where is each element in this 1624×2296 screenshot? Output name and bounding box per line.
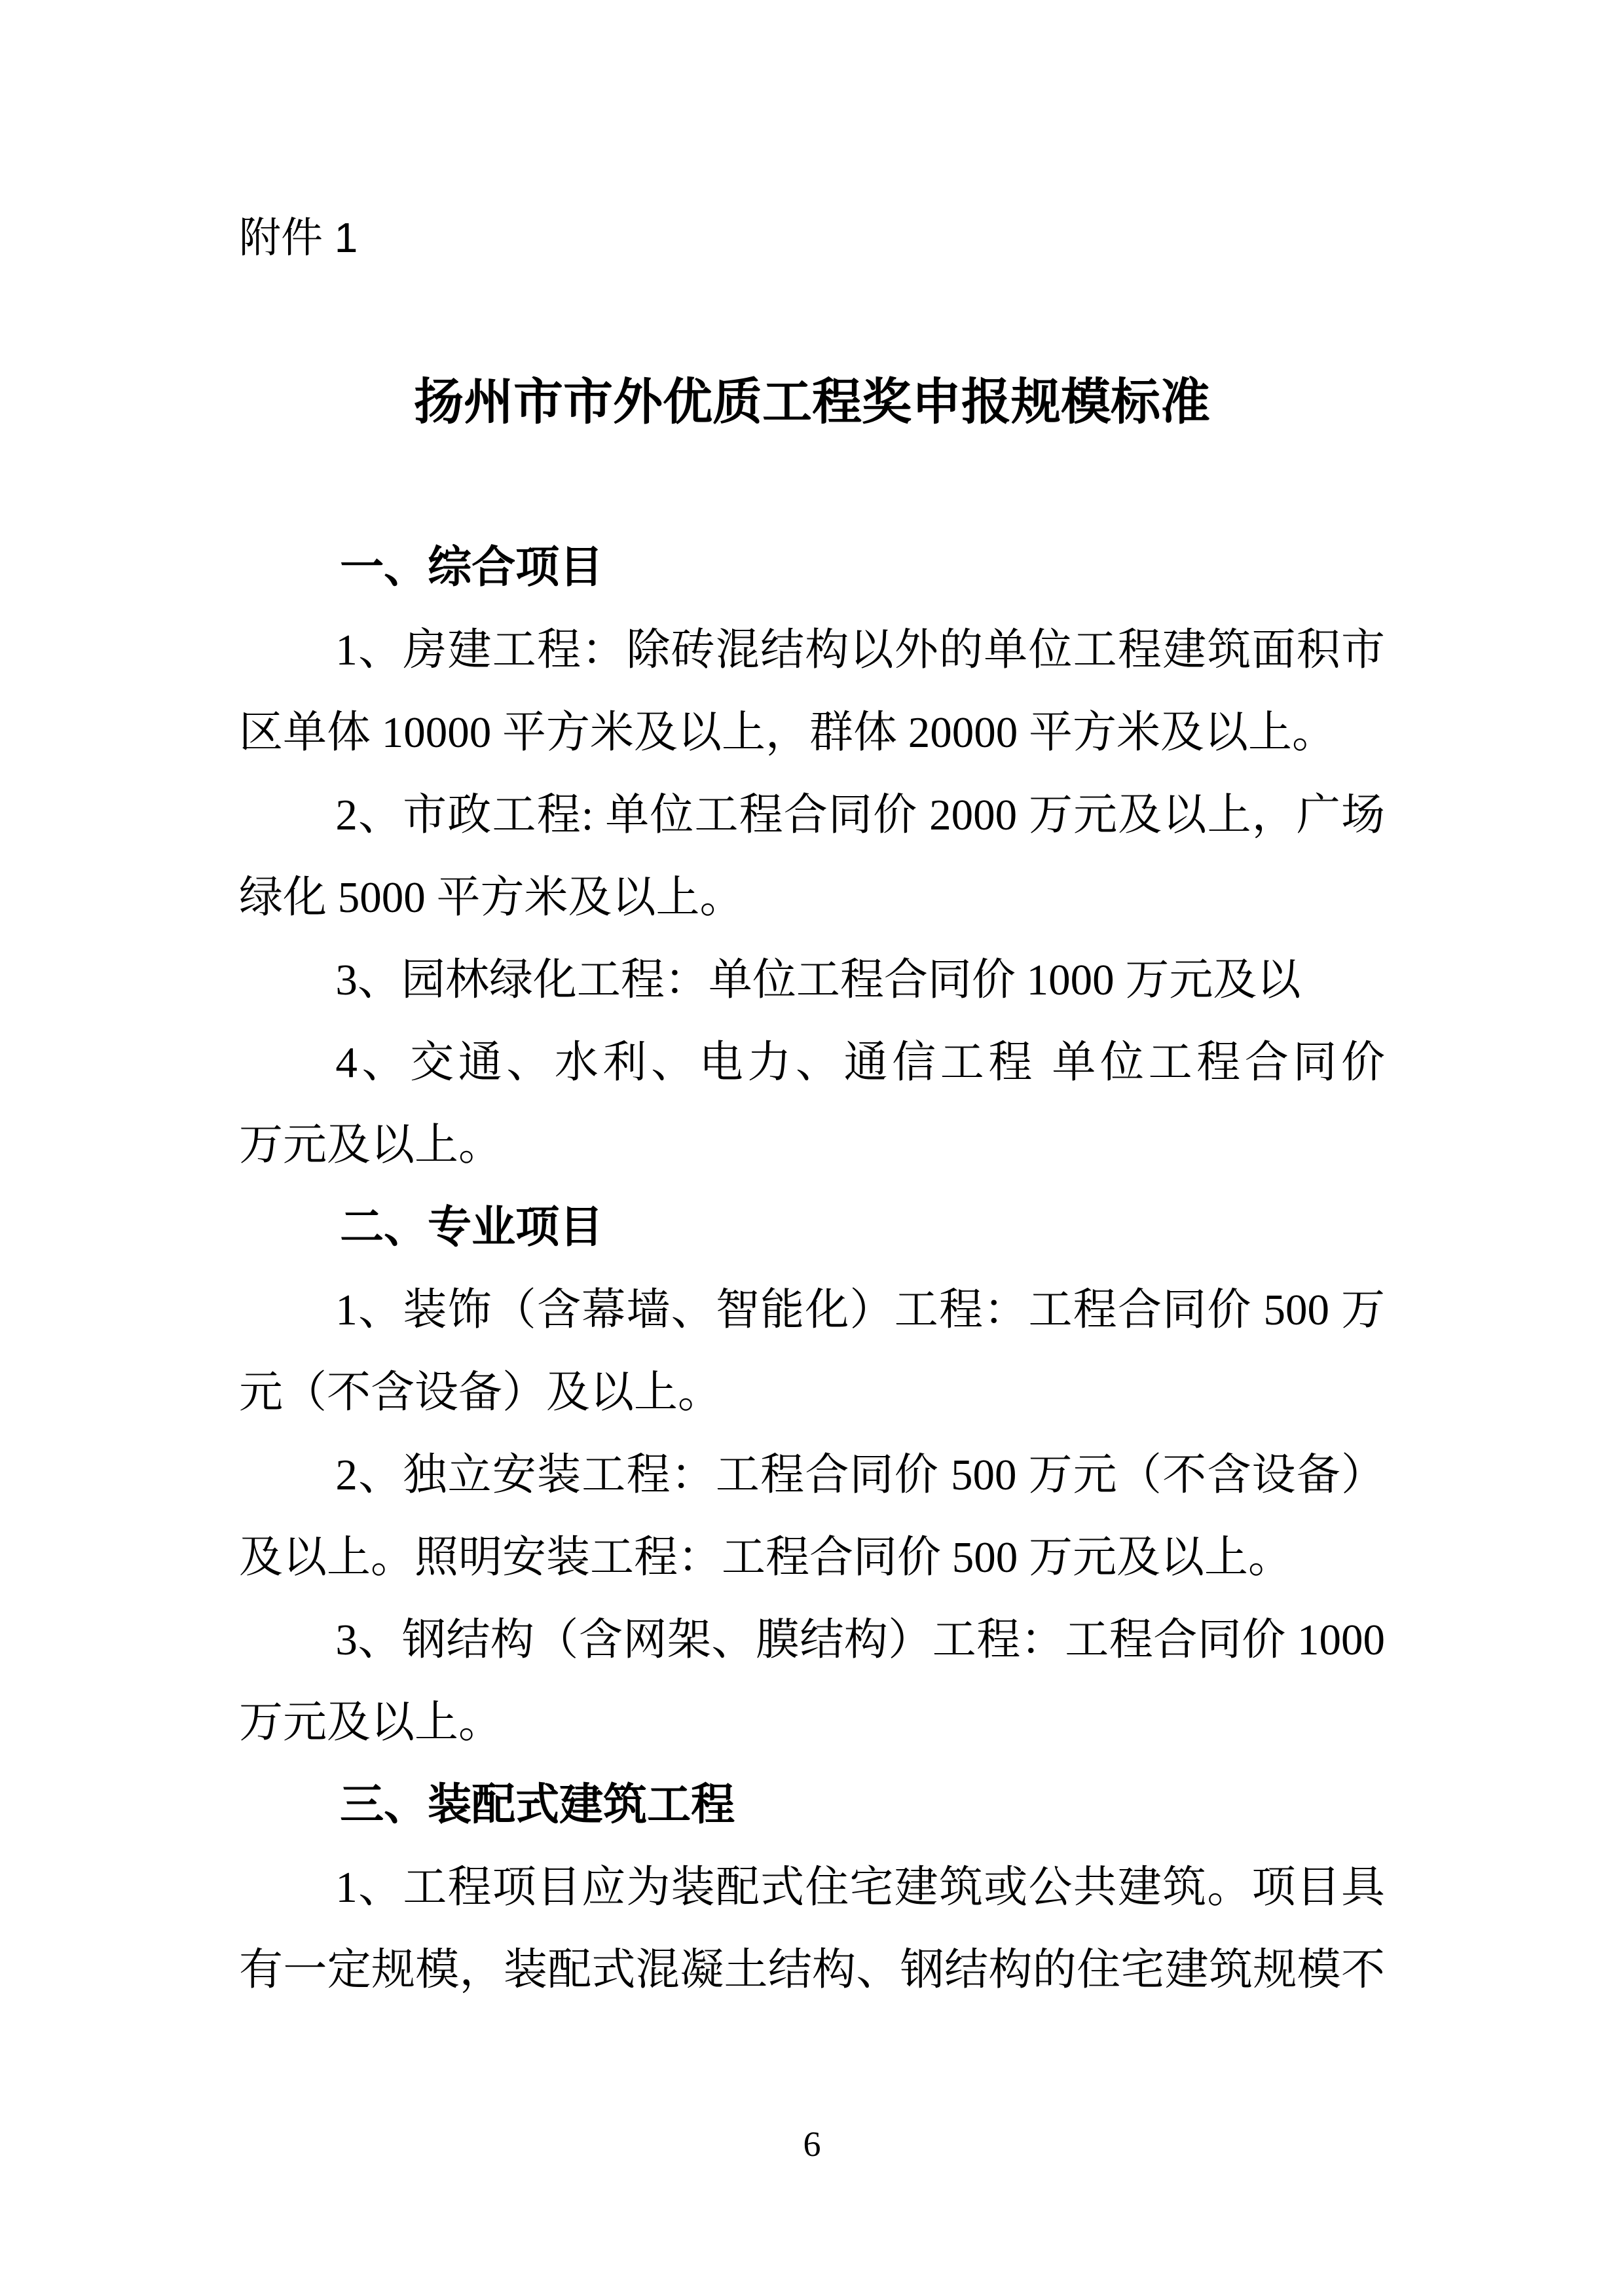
section-3-paragraph-1-line-2: 有一定规模，装配式混凝土结构、钢结构的住宅建筑规模不 xyxy=(239,1929,1385,2011)
section-1-paragraph-1-line-1: 1、房建工程：除砖混结构以外的单位工程建筑面积市 xyxy=(239,609,1385,691)
section-1-paragraph-4-line-1: 4、交通、水利、电力、通信工程 单位工程合同价 2500 xyxy=(239,1021,1385,1104)
section-1-paragraph-4-line-2: 万元及以上。 xyxy=(239,1104,1385,1186)
attachment-label: 附件 1 xyxy=(239,196,1385,279)
section-1-heading: 一、综合项目 xyxy=(239,526,1385,609)
blank-line xyxy=(239,279,1385,361)
document-body: 附件 1 扬州市市外优质工程奖申报规模标准 一、综合项目 1、房建工程：除砖混结… xyxy=(239,196,1385,2011)
section-2-paragraph-1-line-1: 1、装饰（含幕墙、智能化）工程：工程合同价 500 万 xyxy=(239,1269,1385,1351)
section-3-heading: 三、装配式建筑工程 xyxy=(239,1764,1385,1846)
section-3-paragraph-1-line-1: 1、工程项目应为装配式住宅建筑或公共建筑。项目具 xyxy=(239,1846,1385,1929)
section-1-paragraph-2-line-1: 2、市政工程: 单位工程合同价 2000 万元及以上，广场 xyxy=(239,774,1385,856)
section-2-paragraph-2-line-1: 2、独立安装工程：工程合同价 500 万元（不含设备） xyxy=(239,1434,1385,1516)
section-2-paragraph-2-line-2: 及以上。照明安装工程：工程合同价 500 万元及以上。 xyxy=(239,1516,1385,1599)
section-2-paragraph-1-line-2: 元（不含设备）及以上。 xyxy=(239,1351,1385,1434)
section-1-paragraph-2-line-2: 绿化 5000 平方米及以上。 xyxy=(239,856,1385,939)
blank-line xyxy=(239,444,1385,526)
section-1-paragraph-3: 3、园林绿化工程：单位工程合同价 1000 万元及以上。 xyxy=(239,939,1385,1021)
section-2-paragraph-3-line-1: 3、钢结构（含网架、膜结构）工程：工程合同价 1000 xyxy=(239,1599,1385,1681)
document-page: 附件 1 扬州市市外优质工程奖申报规模标准 一、综合项目 1、房建工程：除砖混结… xyxy=(0,0,1624,2296)
section-1-paragraph-1-line-2: 区单体 10000 平方米及以上，群体 20000 平方米及以上。 xyxy=(239,691,1385,774)
document-title: 扬州市市外优质工程奖申报规模标准 xyxy=(239,361,1385,444)
page-number: 6 xyxy=(0,2124,1624,2164)
section-2-paragraph-3-line-2: 万元及以上。 xyxy=(239,1681,1385,1764)
section-2-heading: 二、专业项目 xyxy=(239,1186,1385,1269)
